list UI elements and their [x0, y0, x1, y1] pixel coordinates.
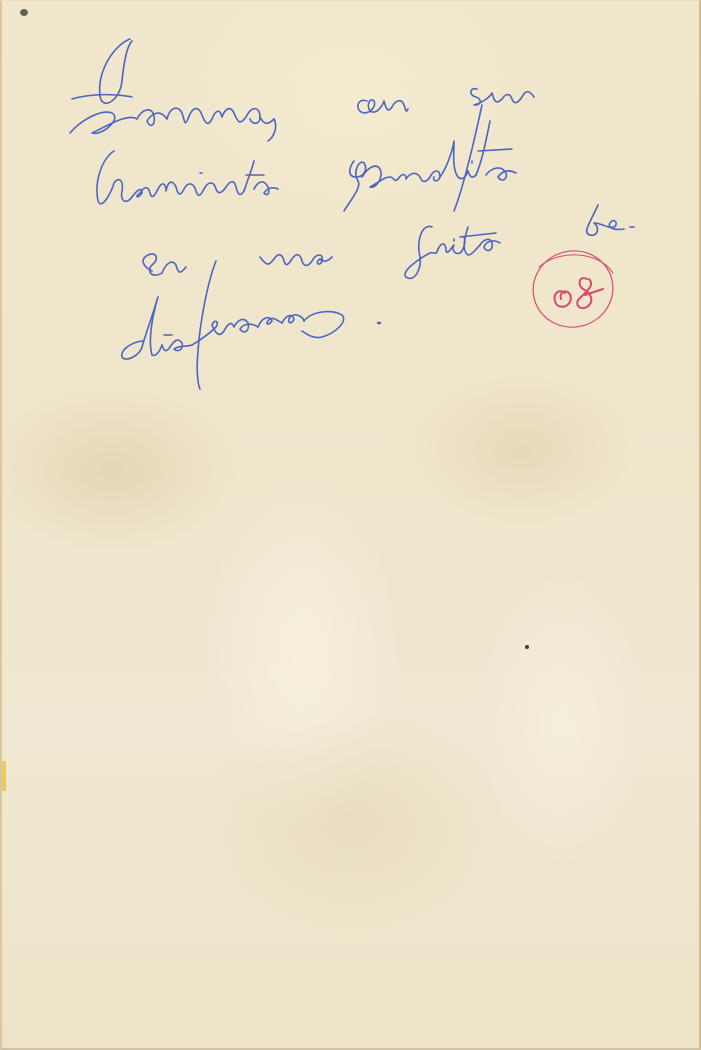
ink-spot [20, 9, 28, 16]
edge-stain [2, 761, 6, 791]
numbered-stamp: 08 [529, 245, 617, 329]
ink-spot [525, 645, 529, 649]
photo-back-page: Giannina con su hermanita Marcelita en u… [0, 0, 701, 1050]
